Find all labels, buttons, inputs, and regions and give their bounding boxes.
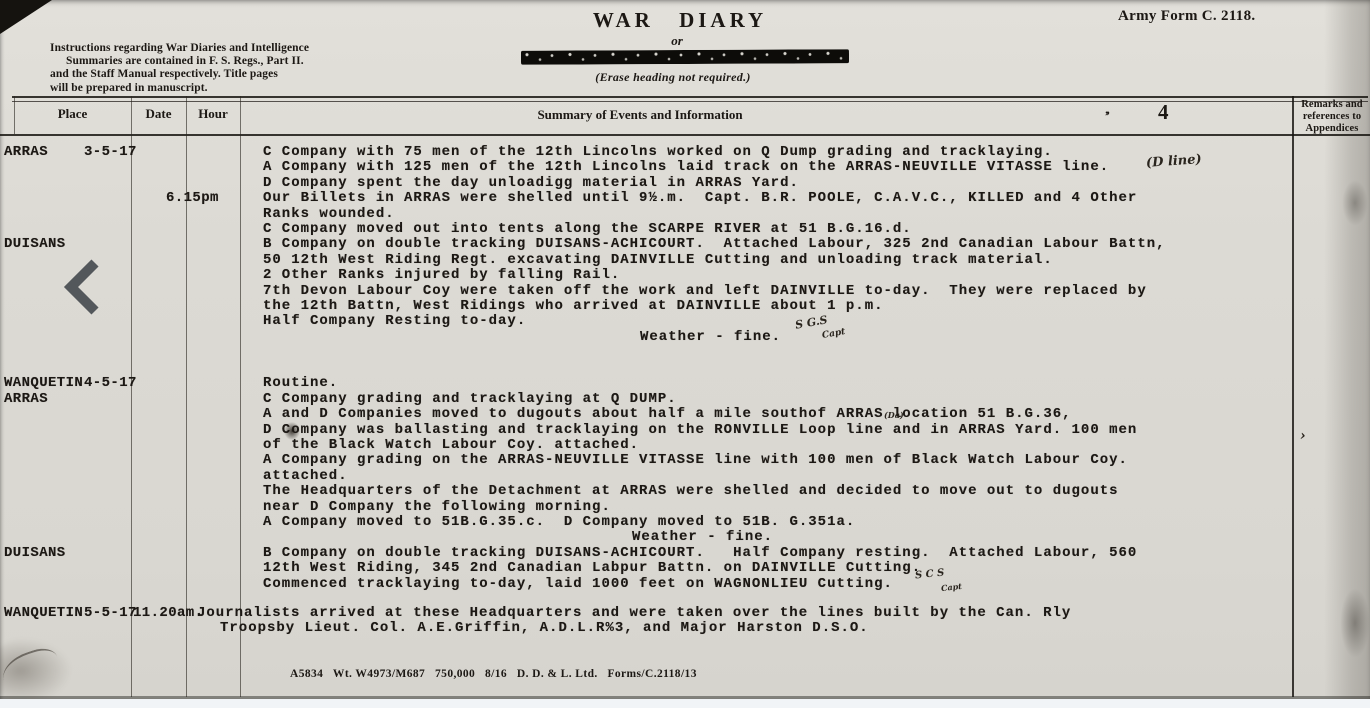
summary-text: Weather - fine.	[640, 330, 1370, 345]
place-cell: ARRAS	[4, 145, 48, 160]
instructions-line: and the Staff Manual respectively. Title…	[50, 68, 390, 81]
place-cell: DUISANS	[4, 237, 66, 252]
remarks-line: references to	[1294, 111, 1370, 123]
summary-text: 12th West Riding, 345 2nd Canadian Labpu…	[263, 561, 1370, 576]
summary-text: 2 Other Ranks injured by falling Rail.	[263, 268, 1370, 283]
diary-line: Commenced tracklaying to-day, laid 1000 …	[0, 577, 1370, 592]
hour-cell: 6.15pm	[166, 191, 219, 206]
summary-text: A Company with 125 men of the 12th Linco…	[263, 160, 1370, 175]
diary-line: The Headquarters of the Detachment at AR…	[0, 484, 1370, 499]
summary-text: Our Billets in ARRAS were shelled until …	[263, 191, 1370, 206]
summary-text: B Company on double tracking DUISANS-ACH…	[263, 546, 1370, 561]
hour-cell: 11.20am.	[133, 606, 203, 621]
document-viewer: Army Form C. 2118. WAR DIARY or INTELLIG…	[0, 0, 1370, 708]
summary-text: 7th Devon Labour Coy were taken off the …	[263, 284, 1370, 299]
form-title-wrap: WAR DIARY	[0, 8, 1370, 33]
summary-text: Routine.	[263, 376, 1370, 391]
date-cell: 3-5-17	[84, 145, 137, 160]
summary-text: attached.	[263, 469, 1370, 484]
chevron-left-icon	[60, 258, 106, 318]
struck-out-heading: INTELLIGENCE SUMMARY	[521, 49, 849, 64]
remarks-line: Appendices	[1294, 123, 1370, 135]
diary-line: D Company spent the day unloadigg materi…	[0, 176, 1370, 191]
diary-line: 2 Other Ranks injured by falling Rail.	[0, 268, 1370, 283]
date-cell: 5-5-17	[84, 606, 137, 621]
diary-line: ARRASC Company grading and tracklaying a…	[0, 392, 1370, 407]
scan-smudge	[0, 644, 64, 696]
instructions-line: will be prepared in manuscript.	[50, 82, 390, 95]
summary-text: near D Company the following morning.	[263, 500, 1370, 515]
summary-text: B Company on double tracking DUISANS-ACH…	[263, 237, 1370, 252]
handwritten-note: ›	[1300, 428, 1306, 444]
diary-line: Ranks wounded.	[0, 207, 1370, 222]
ditto-mark: ’’	[1104, 108, 1108, 124]
diary-line: Half Company Resting to-day.	[0, 314, 1370, 329]
diary-line: DUISANSB Company on double tracking DUIS…	[0, 237, 1370, 252]
handwritten-note: (Da)	[884, 410, 904, 420]
column-header-place: Place	[14, 106, 131, 122]
diary-line: near D Company the following morning.	[0, 500, 1370, 515]
date-cell: 4-5-17	[84, 376, 137, 391]
summary-text: A and D Companies moved to dugouts about…	[263, 407, 1370, 422]
summary-text: A Company grading on the ARRAS-NEUVILLE …	[263, 453, 1370, 468]
summary-text: Commenced tracklaying to-day, laid 1000 …	[263, 577, 1370, 592]
column-header-date: Date	[131, 106, 186, 122]
summary-text: Ranks wounded.	[263, 207, 1370, 222]
diary-line: attached.	[0, 469, 1370, 484]
diary-line: 12th West Riding, 345 2nd Canadian Labpu…	[0, 561, 1370, 576]
summary-text: of the Black Watch Labour Coy. attached.	[263, 438, 1370, 453]
column-header-summary: Summary of Events and Information	[240, 107, 1040, 123]
table-header-rule	[0, 134, 1370, 136]
summary-text: Troopsby Lieut. Col. A.E.Griffin, A.D.L.…	[220, 621, 1370, 636]
diary-line: of the Black Watch Labour Coy. attached.	[0, 438, 1370, 453]
diary-line: Weather - fine.	[0, 530, 1370, 545]
diary-line: Weather - fine.	[0, 330, 1370, 345]
previous-page-button[interactable]	[60, 258, 106, 318]
viewer-background	[0, 699, 1370, 708]
summary-text: The Headquarters of the Detachment at AR…	[263, 484, 1370, 499]
diary-line: D Company was ballasting and tracklaying…	[0, 423, 1370, 438]
diary-line: 6.15pmOur Billets in ARRAS were shelled …	[0, 191, 1370, 206]
column-header-hour: Hour	[186, 106, 240, 122]
column-header-remarks: Remarks and references to Appendices	[1294, 99, 1370, 134]
diary-line: the 12th Battn, West Ridings who arrived…	[0, 299, 1370, 314]
summary-text: D Company spent the day unloadigg materi…	[263, 176, 1370, 191]
diary-entries: ARRAS3-5-17C Company with 75 men of the …	[0, 145, 1370, 637]
summary-text: D Company was ballasting and tracklaying…	[263, 423, 1370, 438]
form-title: WAR DIARY	[593, 8, 767, 33]
page-number: 4	[1158, 100, 1169, 125]
summary-text: 50 12th West Riding Regt. excavating DAI…	[263, 253, 1370, 268]
diary-line: WANQUETIN4-5-17Routine.	[0, 376, 1370, 391]
diary-line: 7th Devon Labour Coy were taken off the …	[0, 284, 1370, 299]
place-cell: WANQUETIN	[4, 376, 83, 391]
place-cell: DUISANS	[4, 546, 66, 561]
remarks-line: Remarks and	[1294, 99, 1370, 111]
diary-line: A and D Companies moved to dugouts about…	[0, 407, 1370, 422]
diary-line: DUISANSB Company on double tracking DUIS…	[0, 546, 1370, 561]
instructions-line: Instructions regarding War Diaries and I…	[50, 42, 390, 55]
place-cell: ARRAS	[4, 392, 48, 407]
diary-line: A Company grading on the ARRAS-NEUVILLE …	[0, 453, 1370, 468]
printer-imprint: A5834 Wt. W4973/M687 750,000 8/16 D. D. …	[290, 668, 697, 680]
summary-text: Weather - fine.	[632, 530, 1370, 545]
summary-text: A Company moved to 51B.G.35.c. D Company…	[263, 515, 1370, 530]
instructions-block: Instructions regarding War Diaries and I…	[50, 42, 390, 95]
summary-text: C Company grading and tracklaying at Q D…	[263, 392, 1370, 407]
place-cell: WANQUETIN	[4, 606, 83, 621]
scanned-page: Army Form C. 2118. WAR DIARY or INTELLIG…	[0, 0, 1370, 699]
diary-line: 50 12th West Riding Regt. excavating DAI…	[0, 253, 1370, 268]
diary-line: Troopsby Lieut. Col. A.E.Griffin, A.D.L.…	[0, 621, 1370, 636]
instructions-line: Summaries are contained in F. S. Regs., …	[66, 55, 390, 68]
table-top-rule	[12, 96, 1368, 98]
